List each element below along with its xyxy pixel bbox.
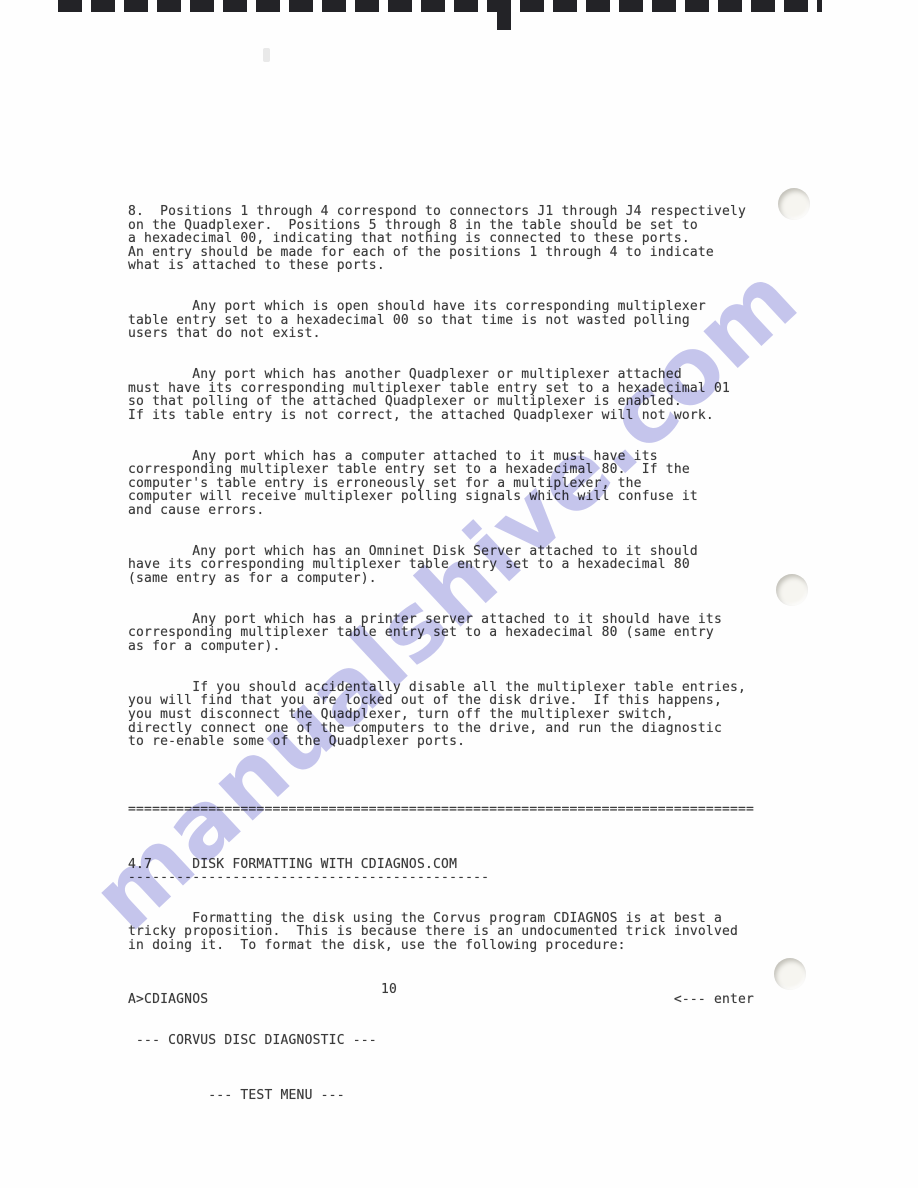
scan-edge-notch [497,0,511,30]
paragraph-printer-server: Any port which has a printer server atta… [128,613,754,654]
scanned-page: 8. Positions 1 through 4 correspond to c… [0,0,918,1188]
punch-hole [776,574,808,606]
paragraph-item8: 8. Positions 1 through 4 correspond to c… [128,205,754,273]
page-number: 10 [381,982,397,997]
paragraph-quadplexer-attached: Any port which has another Quadplexer or… [128,368,754,422]
scan-edge-artifact [58,0,822,12]
scan-smudge [263,48,270,62]
test-menu-title: --- TEST MENU --- [128,1089,754,1103]
paragraph-disable-warning: If you should accidentally disable all t… [128,681,754,749]
paragraph-open-port: Any port which is open should have its c… [128,300,754,341]
section-heading: 4.7 DISK FORMATTING WITH CDIAGNOS.COM --… [128,858,754,885]
document-text: 8. Positions 1 through 4 correspond to c… [128,205,754,1157]
punch-hole [774,958,806,990]
paragraph-omninet: Any port which has an Omninet Disk Serve… [128,545,754,586]
command-line: A>CDIAGNOS <--- enter [128,993,754,1007]
paragraph-formatting: Formatting the disk using the Corvus pro… [128,912,754,953]
punch-hole [778,188,810,220]
diagnostic-title: --- CORVUS DISC DIAGNOSTIC --- [128,1034,754,1048]
section-divider: ========================================… [128,803,754,817]
paragraph-computer-attached: Any port which has a computer attached t… [128,450,754,518]
